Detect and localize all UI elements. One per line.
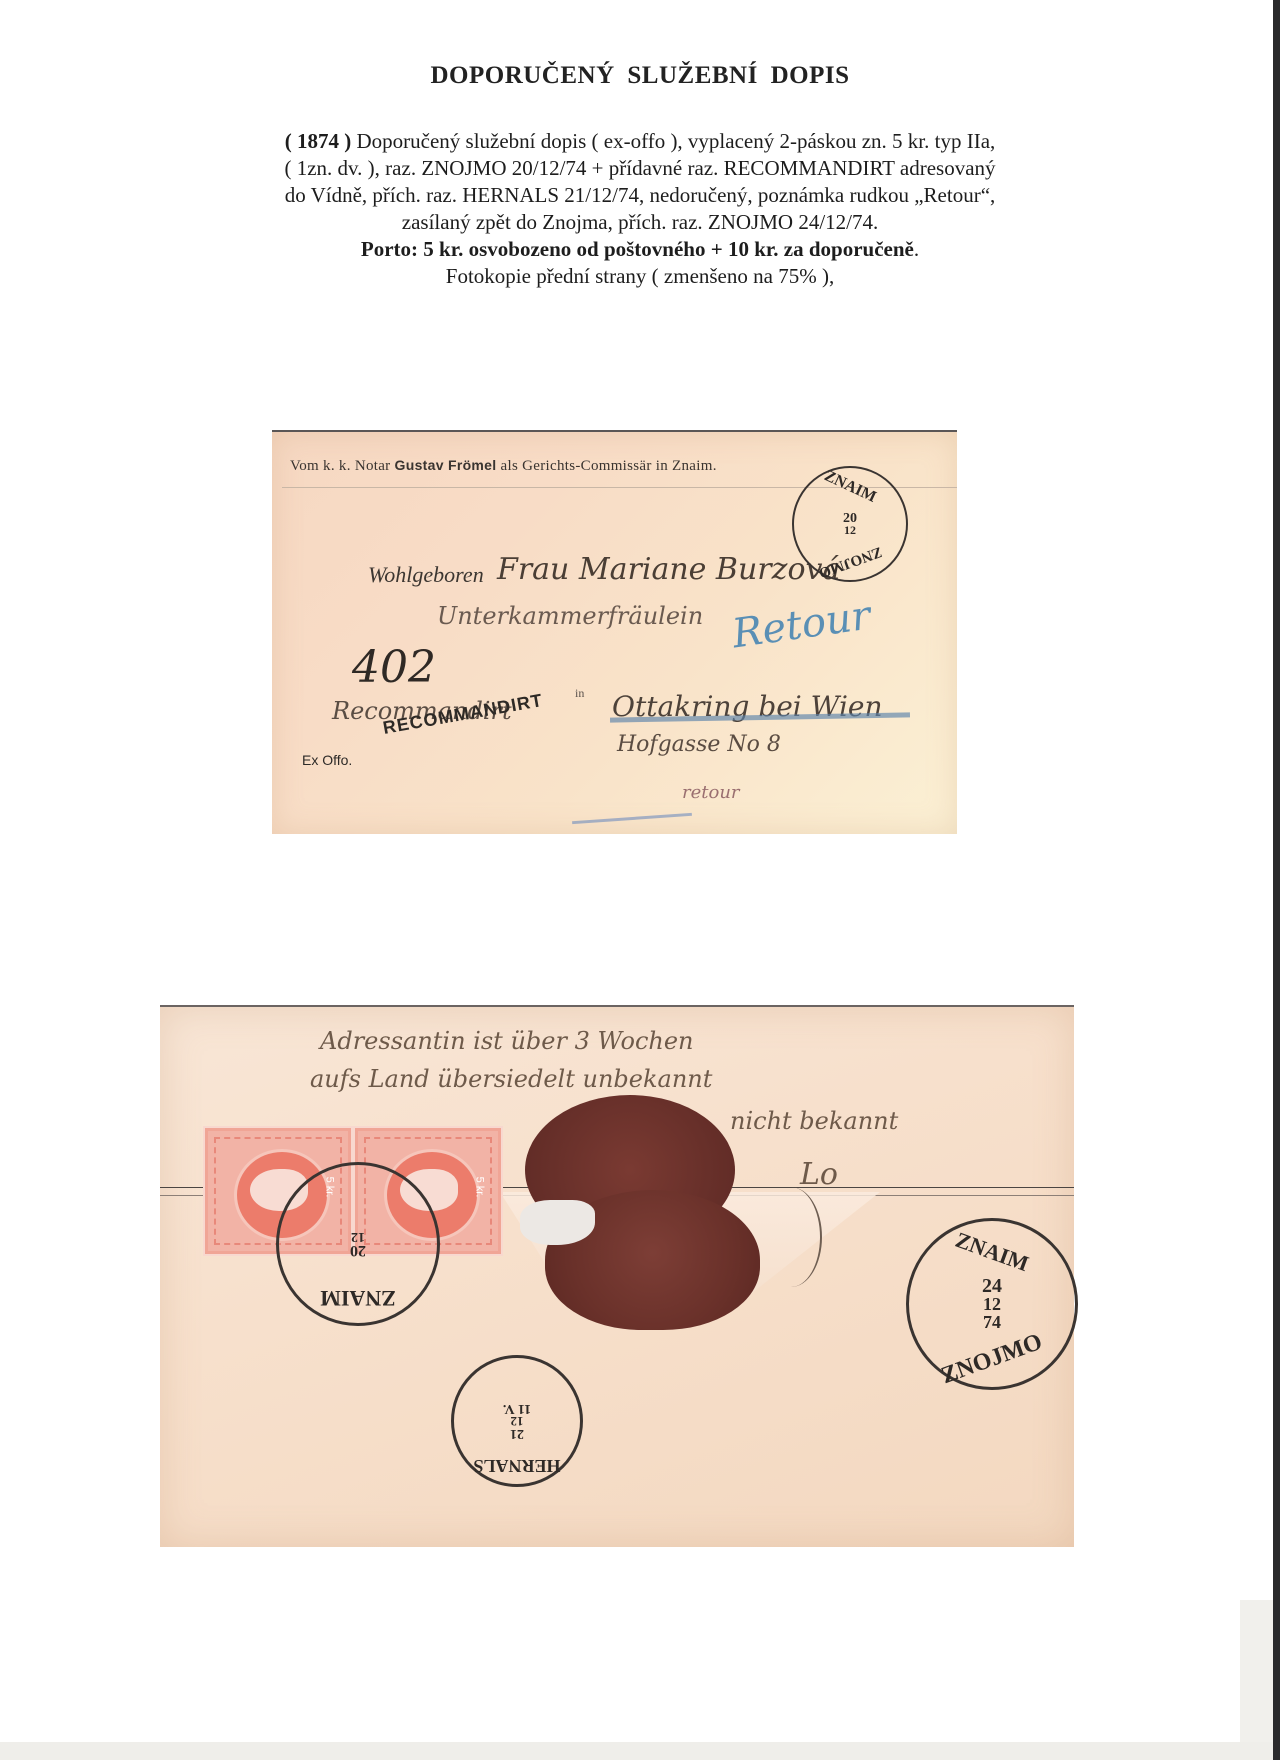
- postmark-day: 20: [350, 1243, 366, 1258]
- header-post: als Gerichts-Commissär in Znaim.: [496, 458, 716, 474]
- description-line-1-text: Doporučený služební dopis ( ex-offo ), v…: [351, 129, 995, 153]
- scan-edge-right: [1273, 0, 1280, 1760]
- description-line-4: zasílaný zpět do Znojma, přích. raz. ZNO…: [150, 209, 1130, 236]
- in-label: in: [575, 686, 584, 701]
- postmark-hernals-21-12: HERNALS 21 12 11 V.: [451, 1355, 583, 1487]
- printed-sender-header: Vom k. k. Notar Gustav Frömel als Gerich…: [290, 457, 717, 475]
- postmark-znaim-20-12: ZNAIM 20 12 ZNOJMO: [792, 466, 908, 582]
- stamp-value: 5 kr.: [474, 1177, 486, 1198]
- handwriting-line-1: Adressantin ist über 3 Wochen: [320, 1027, 694, 1055]
- registration-number: 402: [352, 642, 436, 693]
- postmark-month: 12: [511, 1415, 524, 1427]
- ex-offo-label: Ex Offo.: [302, 752, 352, 768]
- header-pre: Vom k. k. Notar: [290, 458, 395, 474]
- year: ( 1874 ): [285, 129, 352, 153]
- scan-edge-bottom: [0, 1742, 1273, 1760]
- postmark-znojmo-24-12-74: ZNAIM 24 12 74 ZNOJMO: [906, 1218, 1078, 1390]
- retour-note-blue: Retour: [729, 593, 873, 658]
- retour-note-red: retour: [682, 782, 740, 803]
- postmark-month: 12: [844, 525, 856, 536]
- seal-paper-tear: [520, 1200, 595, 1245]
- postmark-month: 12: [983, 1296, 1001, 1313]
- notary-name: Gustav Frömel: [395, 457, 497, 473]
- postmark-date: 20 12: [279, 1165, 437, 1323]
- description-line-3: do Vídně, přích. raz. HERNALS 21/12/74, …: [150, 182, 1130, 209]
- postmark-month: 12: [351, 1230, 365, 1243]
- photocopy-note: Fotokopie přední strany ( zmenšeno na 75…: [150, 263, 1130, 290]
- destination-street: Hofgasse No 8: [617, 732, 781, 757]
- postmark-year: 74: [983, 1314, 1001, 1331]
- postmark-time: 11 V.: [503, 1402, 531, 1415]
- handwriting-line-2: aufs Land übersiedelt unbekannt: [310, 1065, 712, 1093]
- postmark-date: 21 12 11 V.: [454, 1358, 580, 1484]
- description-line-2: ( 1zn. dv. ), raz. ZNOJMO 20/12/74 + pří…: [150, 155, 1130, 182]
- handwriting-line-3: nicht bekannt: [730, 1107, 898, 1135]
- porto-end: .: [914, 237, 919, 261]
- pen-stroke: [760, 1187, 822, 1287]
- postmark-znaim-left: ZNAIM 20 12: [276, 1162, 440, 1326]
- description-line-1: ( 1874 ) Doporučený služební dopis ( ex-…: [150, 128, 1130, 155]
- scan-edge-shadow: [1240, 1600, 1273, 1760]
- addressee-name: Frau Mariane Burzová: [497, 552, 840, 587]
- salutation: Wohlgeboren: [368, 562, 484, 588]
- blue-underline: [572, 813, 692, 824]
- postmark-day: 21: [510, 1427, 524, 1440]
- porto-text: Porto: 5 kr. osvobozeno od poštovného + …: [361, 237, 914, 261]
- envelope-front-photocopy: Vom k. k. Notar Gustav Frömel als Gerich…: [272, 430, 957, 834]
- description: ( 1874 ) Doporučený služební dopis ( ex-…: [150, 128, 1130, 290]
- page-title: DOPORUČENÝ SLUŽEBNÍ DOPIS: [0, 62, 1280, 90]
- porto-line: Porto: 5 kr. osvobozeno od poštovného + …: [150, 236, 1130, 263]
- addressee-title: Unterkammerfräulein: [437, 602, 703, 630]
